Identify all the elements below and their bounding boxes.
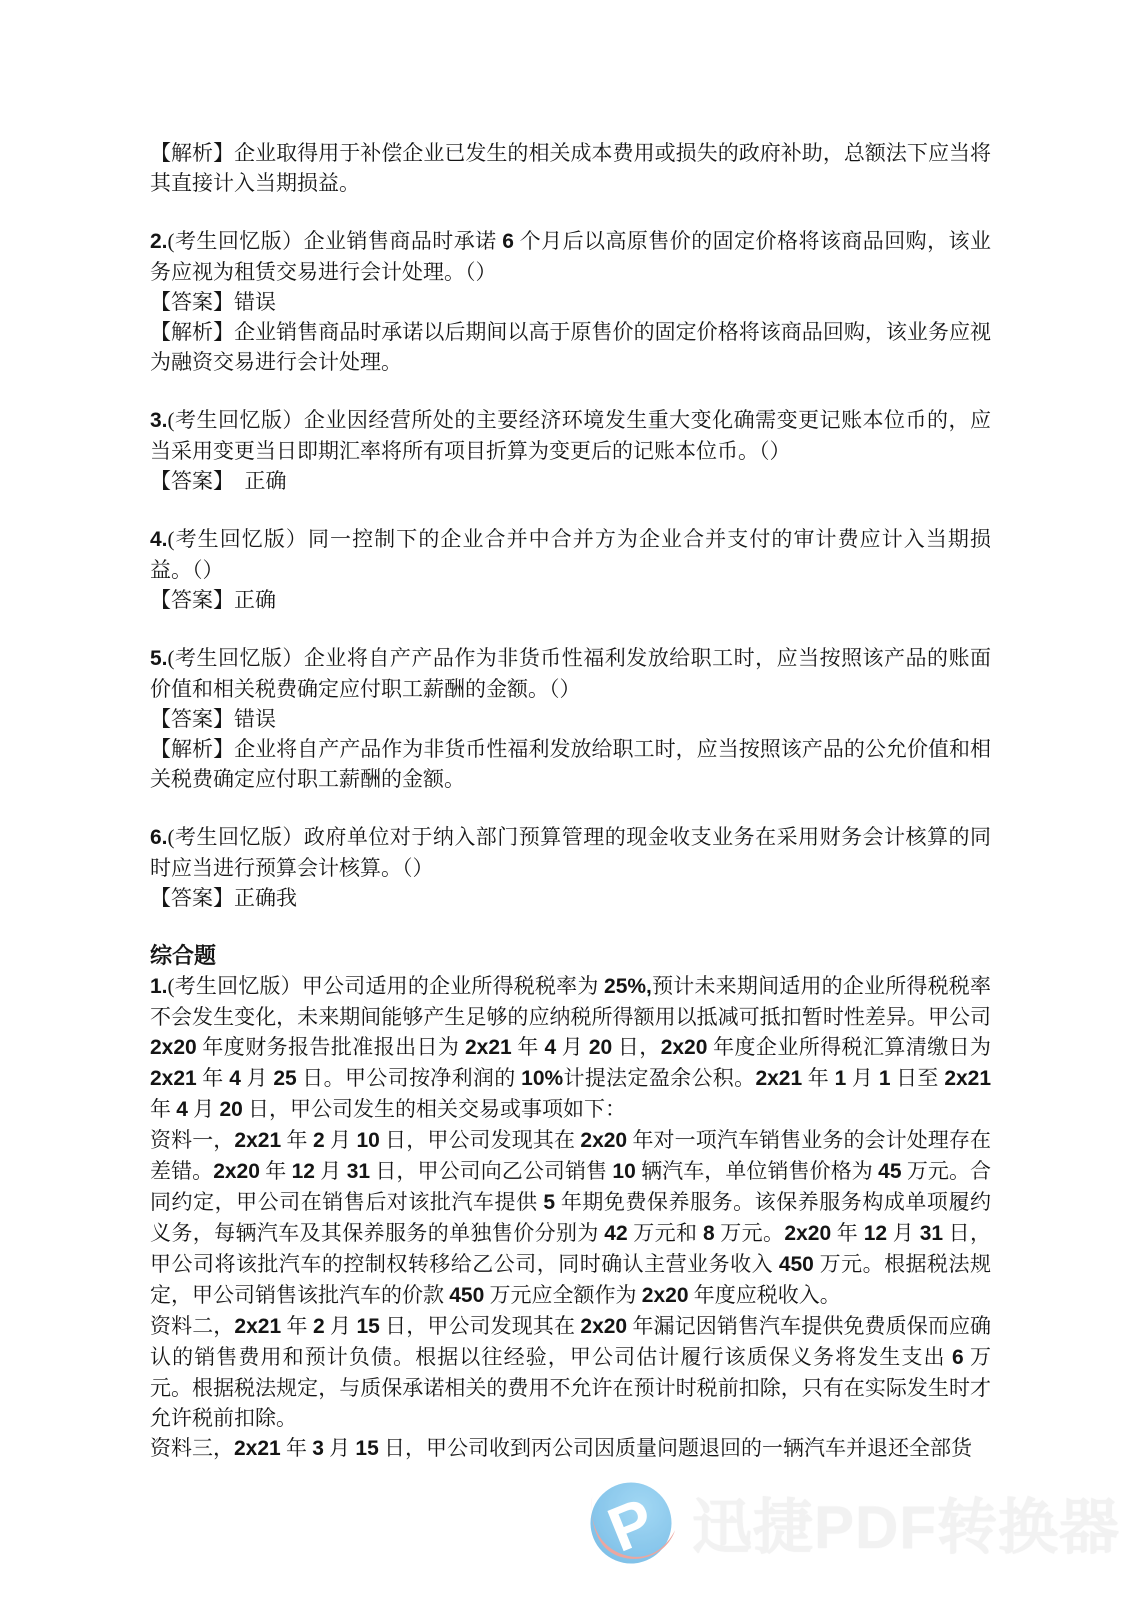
- paragraph-gap: [150, 377, 991, 405]
- material-1: 资料一，2x21 年 2 月 10 日，甲公司发现其在 2x20 年对一项汽车销…: [150, 1125, 991, 1311]
- explanation-5: 【解析】企业将自产产品作为非货币性福利发放给职工时，应当按照该产品的公允价值和相…: [150, 734, 991, 794]
- pdf-converter-logo-icon: P: [586, 1478, 676, 1568]
- question-3: 3.(考生回忆版）企业因经营所处的主要经济环境发生重大变化确需变更记账本位币的，…: [150, 405, 991, 466]
- watermark-text: 迅捷PDF转换器: [692, 1480, 1120, 1566]
- answer-5: 【答案】错误: [150, 704, 991, 734]
- paragraph-gap: [150, 913, 991, 941]
- answer-2: 【答案】错误: [150, 287, 991, 317]
- paragraph-gap: [150, 198, 991, 226]
- section-title: 综合题: [150, 941, 991, 971]
- paragraph-gap: [150, 794, 991, 822]
- answer-3: 【答案】 正确: [150, 466, 991, 496]
- question-5: 5.(考生回忆版）企业将自产产品作为非货币性福利发放给职工时，应当按照该产品的账…: [150, 643, 991, 704]
- material-2: 资料二，2x21 年 2 月 15 日，甲公司发现其在 2x20 年漏记因销售汽…: [150, 1311, 991, 1433]
- document-page: P 迅捷PDF转换器 【解析】企业取得用于补偿企业已发生的相关成本费用或损失的政…: [0, 0, 1131, 1600]
- paragraph-gap: [150, 615, 991, 643]
- paragraph-gap: [150, 496, 991, 524]
- document-body: 【解析】企业取得用于补偿企业已发生的相关成本费用或损失的政府补助，总额法下应当将…: [150, 138, 991, 1464]
- watermark: P 迅捷PDF转换器: [586, 1478, 1120, 1568]
- explanation-prev: 【解析】企业取得用于补偿企业已发生的相关成本费用或损失的政府补助，总额法下应当将…: [150, 138, 991, 198]
- answer-4: 【答案】正确: [150, 585, 991, 615]
- question-2: 2.(考生回忆版）企业销售商品时承诺 6 个月后以高原售价的固定价格将该商品回购…: [150, 226, 991, 287]
- material-3: 资料三，2x21 年 3 月 15 日，甲公司收到丙公司因质量问题退回的一辆汽车…: [150, 1433, 991, 1464]
- question-6: 6.(考生回忆版）政府单位对于纳入部门预算管理的现金收支业务在采用财务会计核算的…: [150, 822, 991, 883]
- explanation-2: 【解析】企业销售商品时承诺以后期间以高于原售价的固定价格将该商品回购，该业务应视…: [150, 317, 991, 377]
- question-4: 4.(考生回忆版）同一控制下的企业合并中合并方为企业合并支付的审计费应计入当期损…: [150, 524, 991, 585]
- comprehensive-question-1: 1.(考生回忆版）甲公司适用的企业所得税税率为 25%,预计未来期间适用的企业所…: [150, 971, 991, 1125]
- answer-6: 【答案】正确我: [150, 883, 991, 913]
